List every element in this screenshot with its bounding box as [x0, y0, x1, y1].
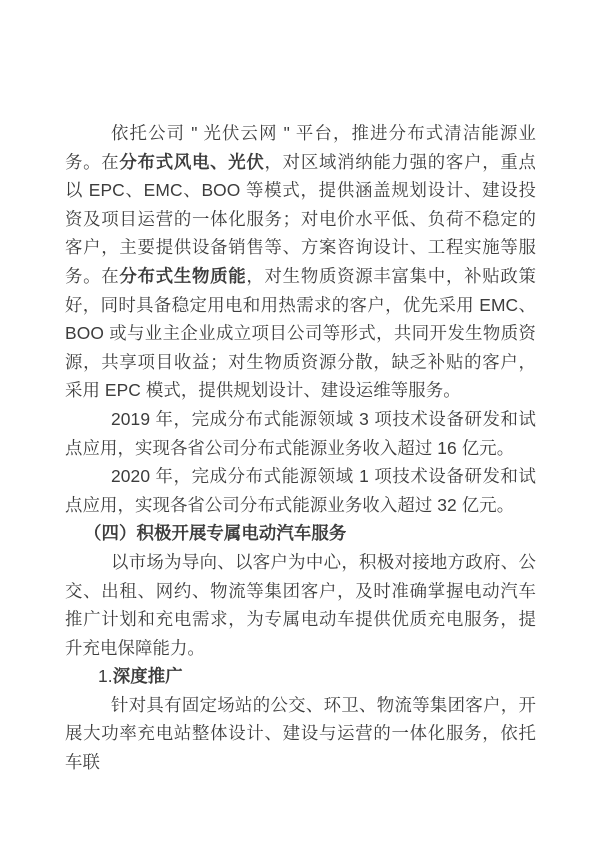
subheading-1-deep-promotion: 1.深度推广	[65, 662, 536, 691]
text-segment-bold-biomass: 分布式生物质能	[119, 266, 246, 286]
section-heading-4-ev-service: （四）积极开展专属电动汽车服务	[65, 519, 536, 548]
subheading-title: 深度推广	[113, 666, 183, 686]
paragraph-goal-2020: 2020 年，完成分布式能源领域 1 项技术设备研发和试点应用，实现各省公司分布…	[65, 462, 536, 519]
paragraph-ev-customers: 以市场为导向、以客户为中心，积极对接地方政府、公交、出租、网约、物流等集团客户，…	[65, 548, 536, 662]
paragraph-goal-2019: 2019 年，完成分布式能源领域 3 项技术设备研发和试点应用，实现各省公司分布…	[65, 405, 536, 462]
document-page: 依托公司 " 光伏云网 " 平台，推进分布式清洁能源业务。在分布式风电、光伏，对…	[0, 0, 600, 849]
text-segment-bold-wind-pv: 分布式风电、光伏	[119, 152, 264, 172]
paragraph-charging-station: 针对具有固定场站的公交、环卫、物流等集团客户，开展大功率充电站整体设计、建设与运…	[65, 691, 536, 777]
text-segment: ，对生物质资源丰富集中，补贴政策好，同时具备稳定用电和用热需求的客户，优先采用 …	[65, 266, 536, 400]
document-text-block: 依托公司 " 光伏云网 " 平台，推进分布式清洁能源业务。在分布式风电、光伏，对…	[65, 119, 536, 777]
subheading-number: 1.	[98, 666, 113, 686]
paragraph-distributed-energy: 依托公司 " 光伏云网 " 平台，推进分布式清洁能源业务。在分布式风电、光伏，对…	[65, 119, 536, 405]
